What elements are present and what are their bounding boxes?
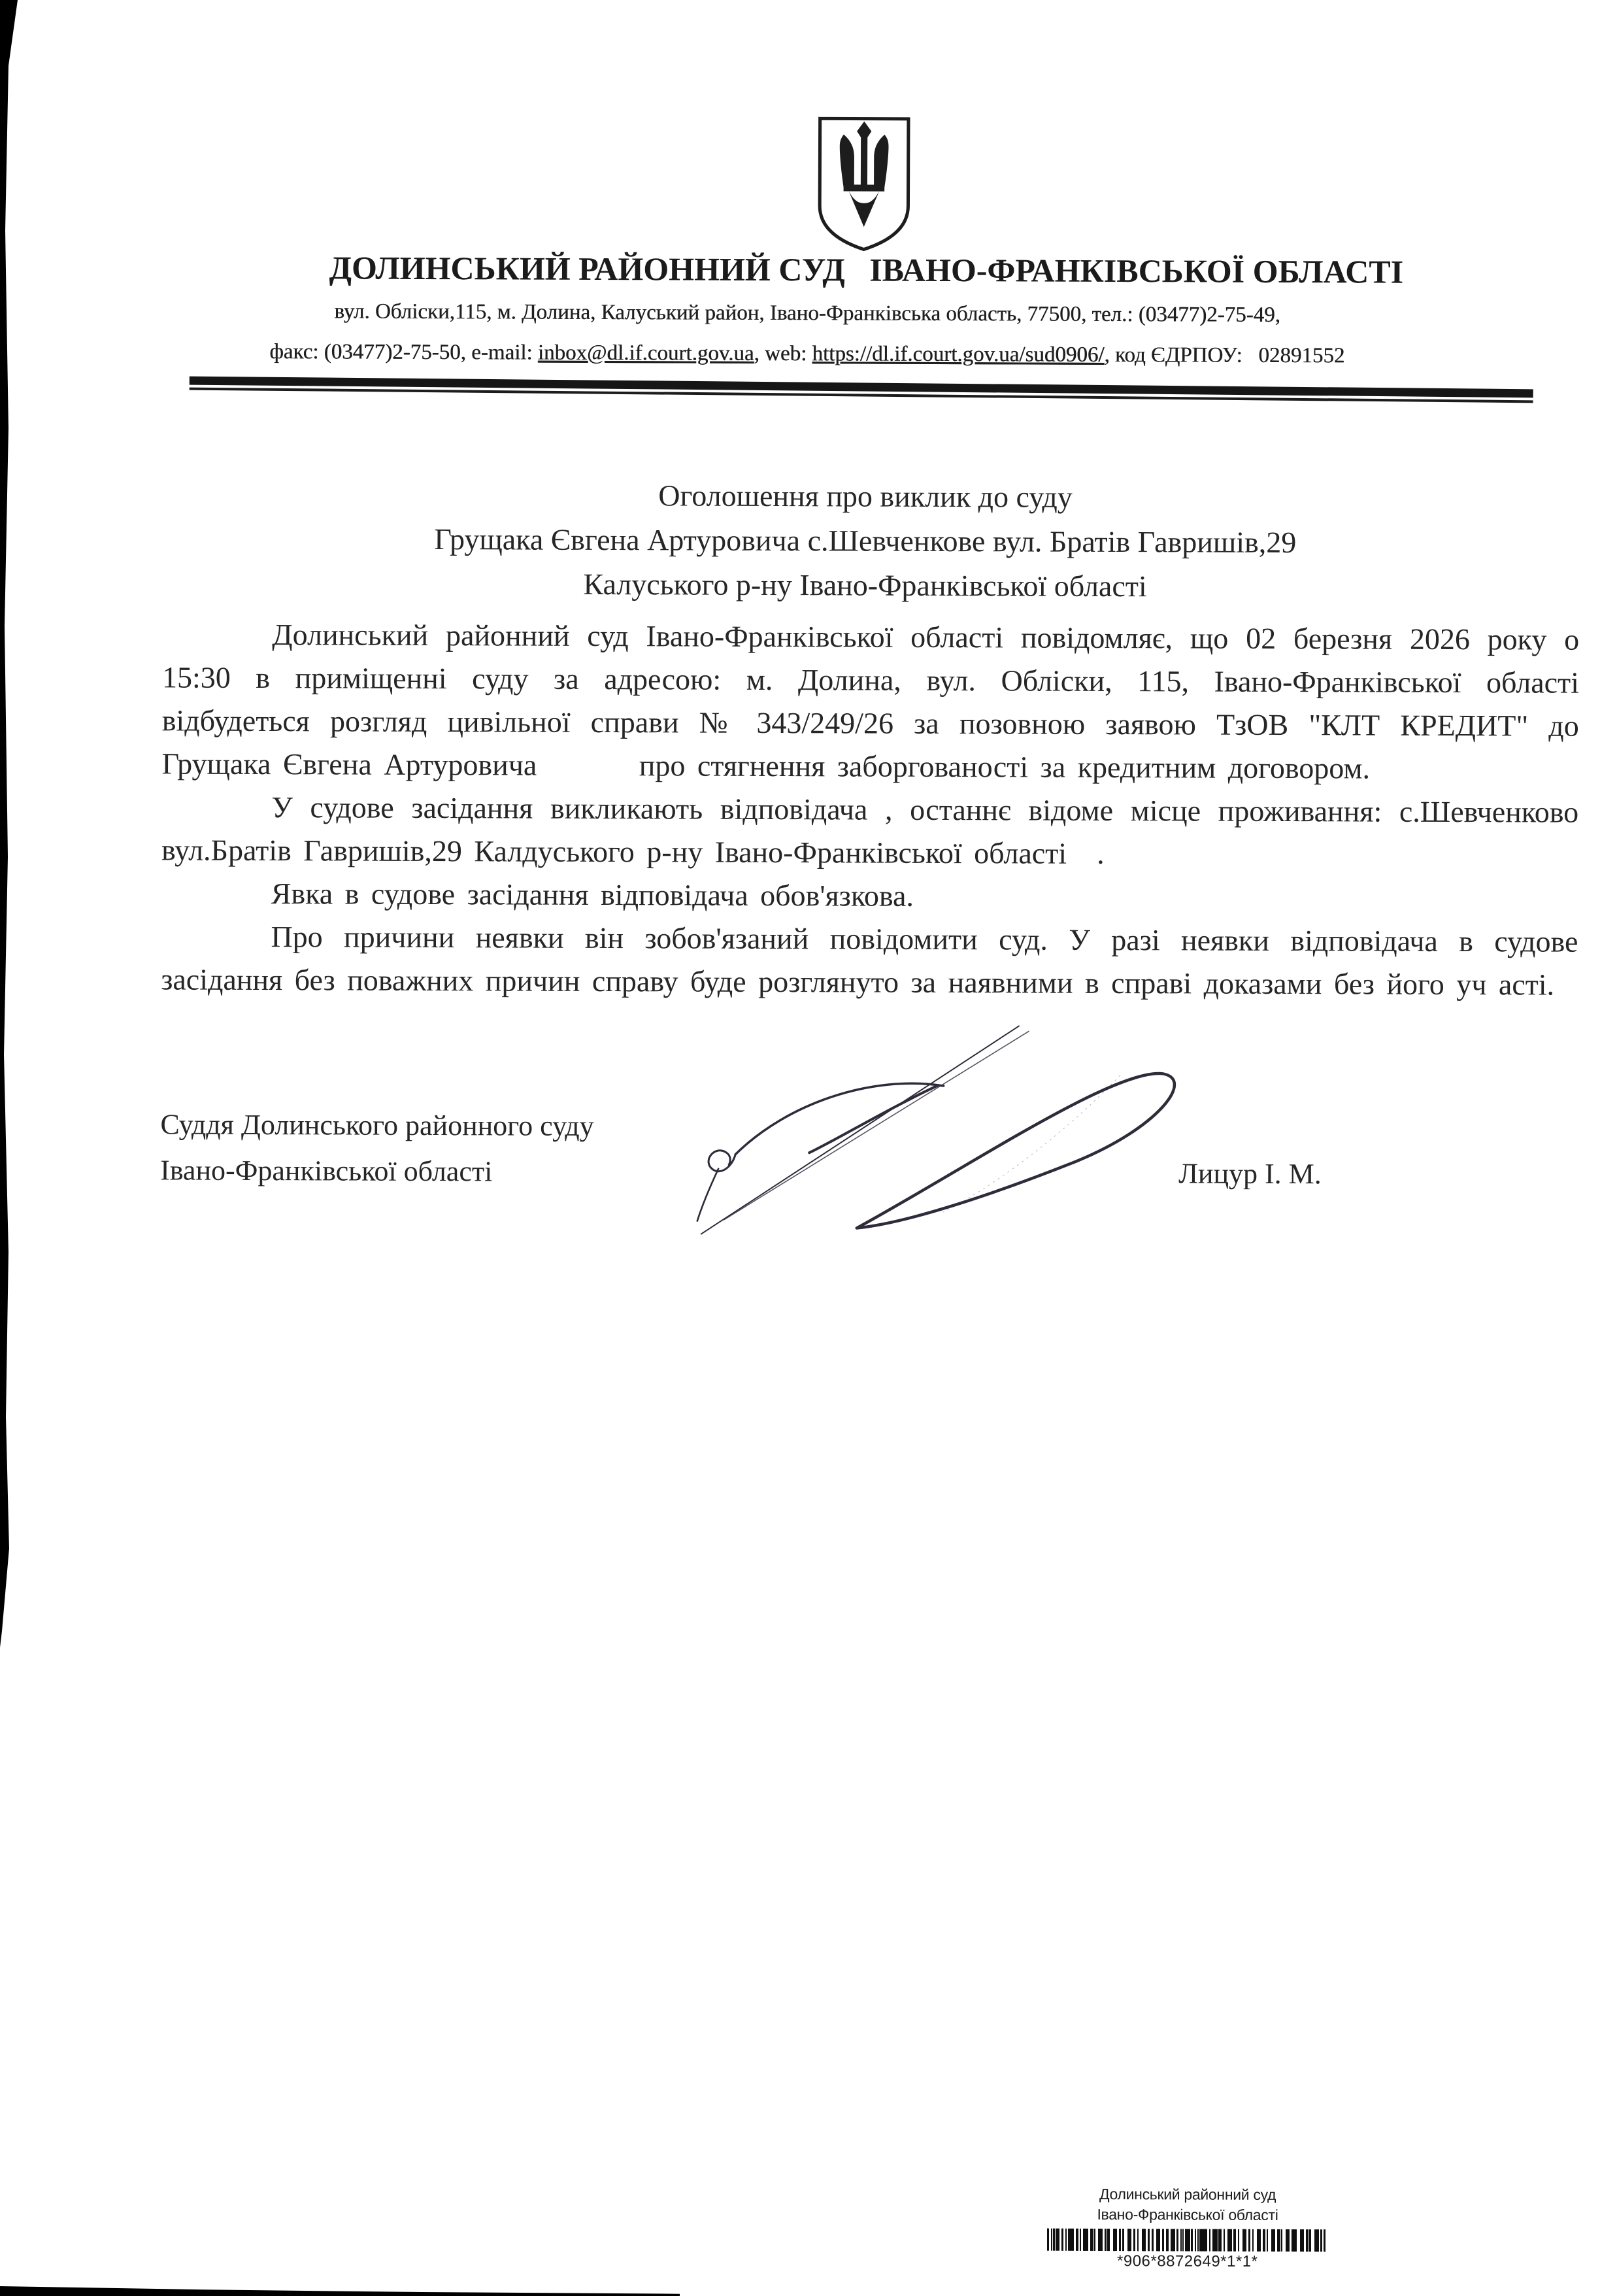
contacts-suffix: , код ЄДРПОУ: 02891552	[1104, 343, 1344, 367]
scanned-court-document: { "page": { "background": "#ffffff", "in…	[0, 0, 1617, 2296]
footer-court-line1: Долинський районний суд	[1031, 2184, 1344, 2206]
court-contacts-line: факс: (03477)2-75-50, e-mail: inbox@dl.i…	[0, 339, 1616, 369]
contacts-mid: , web:	[754, 342, 812, 365]
court-address-line: вул. Обліски,115, м. Долина, Калуський р…	[0, 298, 1616, 328]
judge-title-line1: Суддя Долинського районного суду	[160, 1102, 594, 1149]
announcement-addressee-region: Калуського р-ну Івано-Франківської облас…	[115, 560, 1614, 611]
judge-title-line2: Івано-Франківської області	[160, 1147, 594, 1195]
barcode-icon	[1047, 2229, 1328, 2252]
document-page: ДОЛИНСЬКИЙ РАЙОННИЙ СУД ІВАНО-ФРАНКІВСЬК…	[0, 0, 1617, 2296]
announcement-body: Долинський районний суд Івано-Франківськ…	[161, 613, 1579, 1006]
contacts-prefix: факс: (03477)2-75-50, e-mail:	[269, 340, 538, 365]
paragraph-summons: У судове засідання викликають відповідач…	[161, 785, 1578, 877]
barcode-block: Долинський районний суд Івано-Франківськ…	[1031, 2184, 1345, 2272]
court-email-text: inbox@dl.if.court.gov.ua	[538, 341, 754, 365]
ukraine-trident-icon	[814, 114, 914, 254]
announcement-title: Оголошення про виклик до суду	[116, 471, 1615, 522]
judge-title-block: Суддя Долинського районного суду Івано-Ф…	[160, 1102, 594, 1195]
judge-name: Лицур І. М.	[1178, 1156, 1322, 1190]
paragraph-consequences: Про причини неявки він зобов'язаний пові…	[161, 915, 1578, 1006]
header-divider	[190, 377, 1533, 403]
announcement-addressee: Грущака Євгена Артуровича с.Шевченкове в…	[116, 516, 1615, 566]
judge-signature-scribble	[662, 1011, 1218, 1242]
footer-court-line2: Івано-Франківської області	[1031, 2204, 1344, 2226]
barcode-number: *906*8872649*1*1*	[1031, 2252, 1344, 2272]
court-web-text: https://dl.if.court.gov.ua/sud0906/	[812, 342, 1104, 367]
paragraph-attendance: Явка в судове засідання відповідача обов…	[161, 871, 1578, 920]
paragraph-notice: Долинський районний суд Івано-Франківськ…	[161, 613, 1579, 790]
court-name-heading: ДОЛИНСЬКИЙ РАЙОННИЙ СУД ІВАНО-ФРАНКІВСЬК…	[116, 248, 1616, 292]
